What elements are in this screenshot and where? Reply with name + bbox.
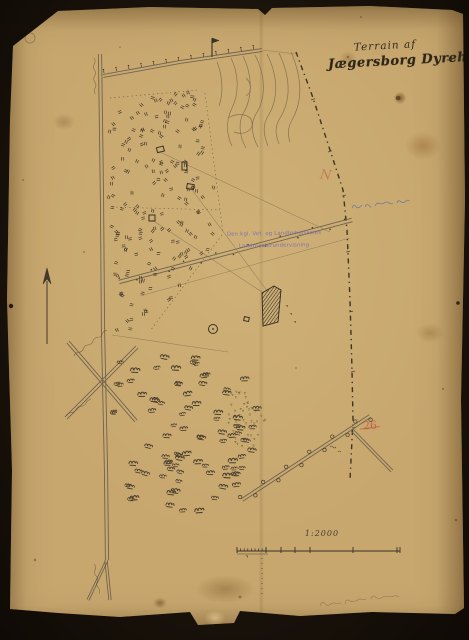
boundary-dashed-line	[296, 52, 356, 480]
map-drawing	[0, 0, 469, 640]
upper-forest-scrub	[107, 91, 216, 332]
contour-lines	[217, 52, 300, 148]
north-arrow	[43, 268, 51, 344]
tack-hole	[36, 12, 39, 15]
pencil-ring-mark	[25, 33, 35, 43]
marsh-stipple	[228, 391, 267, 447]
signal-flag	[212, 38, 219, 57]
map-paper: Terrain af Jægersborg Dyrehave. Den kgl.…	[0, 0, 469, 640]
roadside-trees	[103, 45, 373, 499]
survey-lines	[110, 50, 350, 352]
paper-hole	[9, 304, 13, 308]
road-label-handwriting-1	[73, 329, 107, 356]
roads	[65, 49, 393, 601]
paper-specks	[9, 12, 460, 599]
paper-hole	[456, 301, 460, 305]
boundary-junction-marks	[330, 446, 341, 452]
map-photo: Terrain af Jægersborg Dyrehave. Den kgl.…	[0, 0, 469, 640]
red-pencil-number: 26	[363, 419, 378, 433]
handwriting-annotations	[65, 58, 410, 606]
road-name-handwriting-top	[93, 58, 96, 94]
red-pencil-letter: N	[319, 167, 332, 183]
well-circle	[209, 325, 218, 334]
blue-pencil-note	[352, 200, 410, 209]
scale-ratio-label: 1:2000	[292, 529, 352, 538]
gravel-pit-hatch	[262, 286, 296, 326]
signature-handwriting	[320, 595, 399, 606]
lower-forest-trees	[110, 354, 261, 513]
scale-bar	[237, 547, 400, 596]
college-stamp-line2: Landmaalerundervisning	[239, 242, 303, 249]
